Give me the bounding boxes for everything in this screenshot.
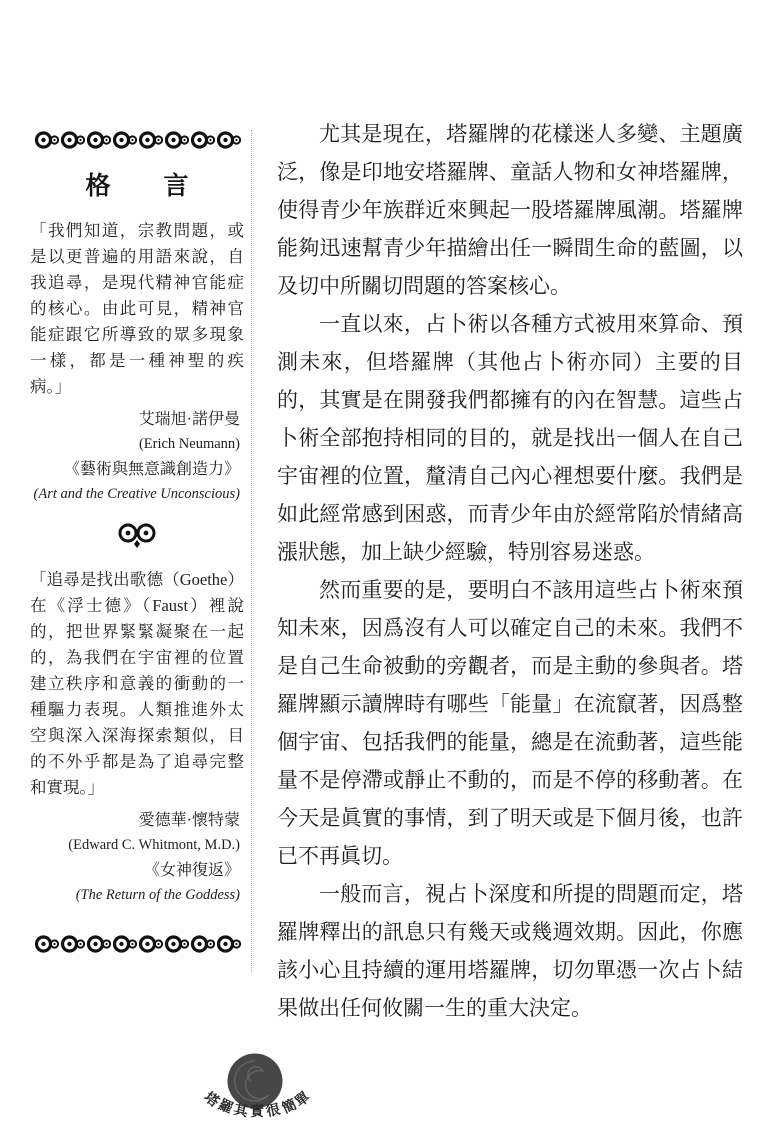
quote-2-work: 《女神復返》: [30, 858, 240, 883]
paragraph-1: 尤其是現在，塔羅牌的花樣迷人多變、主題廣泛，像是印地安塔羅牌、童話人物和女神塔羅…: [277, 115, 743, 305]
quote-2-author-en: (Edward C. Whitmont, M.D.): [30, 833, 240, 858]
ornament-row-bottom-icon: [30, 930, 244, 958]
ornament-row-top-icon: [30, 126, 244, 154]
quote-2-attribution: 愛德華·懷特蒙 (Edward C. Whitmont, M.D.) 《女神復返…: [30, 808, 244, 908]
sidebar-heading: 格 言: [30, 166, 244, 202]
quote-1-author-en: (Erich Neumann): [30, 432, 240, 457]
quote-1-work-en: (Art and the Creative Unconscious): [30, 482, 240, 507]
column-divider: [251, 130, 252, 972]
quote-2-author: 愛德華·懷特蒙: [30, 808, 240, 833]
quote-1-work: 《藝術與無意識創造力》: [30, 457, 240, 482]
quote-1-text: 「我們知道，宗教問題，或是以更普遍的用語來說，自我追尋，是現代精神官能症的核心。…: [30, 218, 244, 400]
quote-2-text: 「追尋是找出歌德（Goethe）在《浮士德》（Faust）裡說的，把世界緊緊凝聚…: [30, 567, 244, 801]
book-page: 格 言 「我們知道，宗教問題，或是以更普遍的用語來說，自我追尋，是現代精神官能症…: [0, 0, 766, 1137]
paragraph-4: 一般而言，視占卜深度和所提的問題而定，塔羅牌釋出的訊息只有幾天或幾週效期。因此，…: [277, 875, 743, 1027]
quote-1-attribution: 艾瑞旭·諾伊曼 (Erich Neumann) 《藝術與無意識創造力》 (Art…: [30, 407, 244, 507]
main-text-column: 尤其是現在，塔羅牌的花樣迷人多變、主題廣泛，像是印地安塔羅牌、童話人物和女神塔羅…: [277, 115, 743, 1027]
ornament-divider-icon: [30, 521, 244, 551]
quote-1-author: 艾瑞旭·諾伊曼: [30, 407, 240, 432]
paragraph-3: 然而重要的是，要明白不該用這些占卜術來預知未來，因爲沒有人可以確定自己的未來。我…: [277, 571, 743, 875]
paragraph-2: 一直以來，占卜術以各種方式被用來算命、預測未來，但塔羅牌（其他占卜術亦同）主要的…: [277, 305, 743, 571]
quote-2-work-en: (The Return of the Goddess): [30, 883, 240, 908]
seal-arc-char: 實: [250, 1101, 264, 1121]
sidebar: 格 言 「我們知道，宗教問題，或是以更普遍的用語來說，自我追尋，是現代精神官能症…: [30, 126, 244, 958]
